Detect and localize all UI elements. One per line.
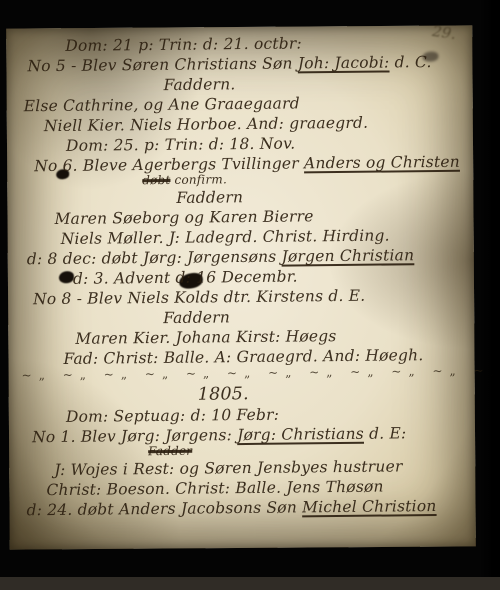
struck-word: døbt xyxy=(142,173,170,187)
text-segment: d: 3. Advent d: 16 Decembr. xyxy=(73,268,298,288)
scanned-register-page: { "page": { "page_number": "29." }, "col… xyxy=(0,0,500,590)
underlined-name: Jørgen Christian xyxy=(281,246,414,265)
struck-word: Fadder xyxy=(148,444,192,458)
text-segment: d: 24. døbt Anders Jacobsons Søn xyxy=(26,498,302,519)
text-segment: d: 8 dec: døbt Jørg: Jørgensøns xyxy=(27,248,282,269)
text-segment: Else Cathrine, og Ane Graaegaard xyxy=(24,94,300,115)
underlined-name: Michel Christion xyxy=(302,497,437,516)
text-segment: Faddern xyxy=(176,188,243,207)
text-segment: Faddern xyxy=(163,308,230,327)
text-segment: Dom: 25. p: Trin: d: 18. Nov. xyxy=(66,135,295,155)
text-segment: 1805. xyxy=(198,384,249,405)
text-segment: confirm. xyxy=(170,172,227,187)
manuscript-scan: 29. Dom: 21 p: Trin: d: 21. octbr:No 5 -… xyxy=(0,0,500,590)
underlined-name: Joh: Jacobi: xyxy=(298,53,390,72)
text-segment: Maren Kier. Johana Kirst: Høegs xyxy=(75,327,336,348)
text-segment: No 5 - Blev Søren Christians Søn xyxy=(27,54,298,75)
text-segment: Dom: 21 p: Trin: d: 21. octbr: xyxy=(65,34,302,54)
text-segment: Faddern. xyxy=(163,75,235,94)
underlined-name: Anders og Christen xyxy=(304,153,460,173)
text-segment: Christ: Boeson. Christ: Balle. Jens Thøs… xyxy=(46,478,383,500)
manuscript-text: Dom: 21 p: Trin: d: 21. octbr:No 5 - Ble… xyxy=(13,32,473,519)
text-segment: Niell Kier. Niels Horboe. And: graaegrd. xyxy=(44,114,368,135)
text-segment: d. C. xyxy=(389,53,431,71)
text-segment: d. E: xyxy=(364,424,407,442)
manuscript-line: d: 24. døbt Anders Jacobsons Søn Michel … xyxy=(26,496,473,521)
text-segment: No 8 - Blev Niels Kolds dtr. Kirstens d.… xyxy=(33,287,365,308)
text-segment: No 1. Blev Jørg: Jørgens: xyxy=(32,426,237,446)
scan-bottom-edge xyxy=(0,577,500,590)
text-segment: Niels Møller. J: Ladegrd. Christ. Hirdin… xyxy=(61,227,390,248)
underlined-name: Jørg: Christians xyxy=(237,425,364,444)
text-segment: J: Wojes i Rest: og Søren Jensbyes hustr… xyxy=(54,457,402,479)
text-segment: Dom: Septuag: d: 10 Febr: xyxy=(66,406,279,426)
text-segment: Maren Søeborg og Karen Bierre xyxy=(54,207,313,228)
paper-sheet: 29. Dom: 21 p: Trin: d: 21. octbr:No 5 -… xyxy=(6,25,476,549)
book-gutter-shadow xyxy=(476,0,500,590)
